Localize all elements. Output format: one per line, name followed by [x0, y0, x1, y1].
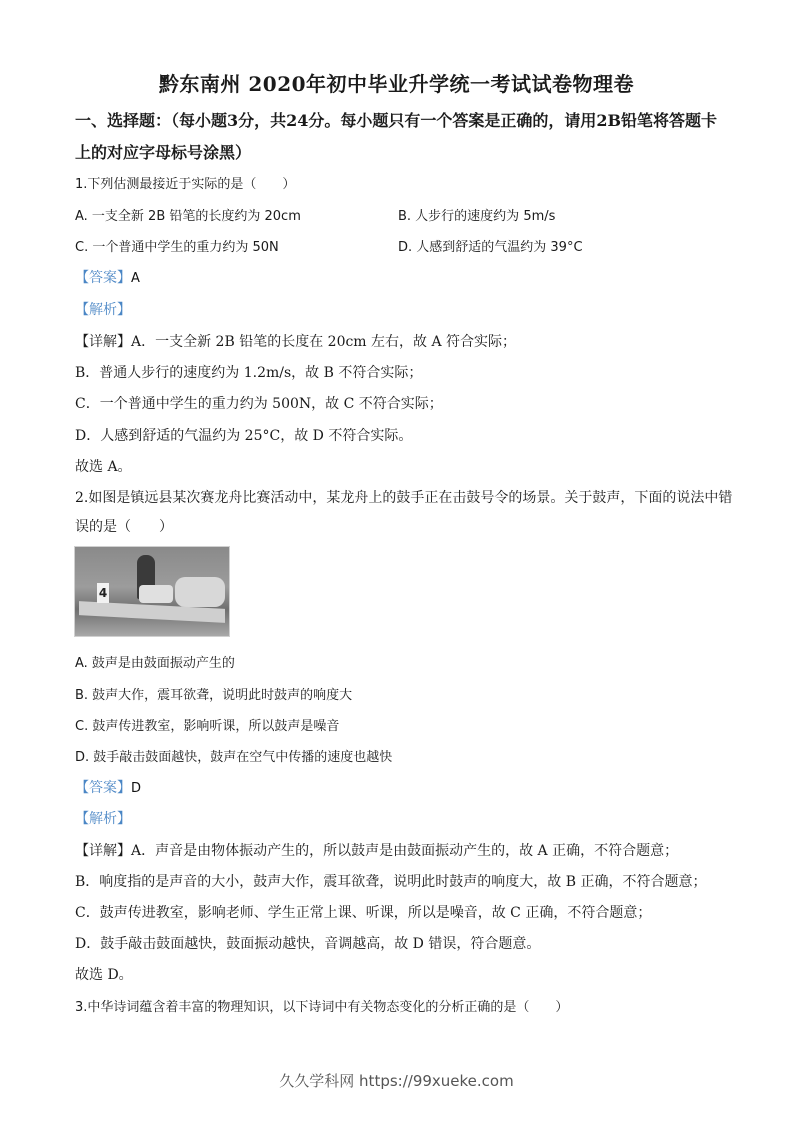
q1-detail-a: 【详解】A．一支全新 2B 铅笔的长度在 20cm 左右，故 A 符合实际； [75, 331, 516, 351]
section-heading-line2: 上的对应字母标号涂黑） [75, 140, 251, 163]
q1-option-b: B. 人步行的速度约为 5m/s [398, 205, 555, 224]
q1-option-a: A. 一支全新 2B 铅笔的长度约为 20cm [75, 205, 301, 224]
section-heading-line1: 一、选择题：（每小题3分，共24分。每小题只有一个答案是正确的，请用2B铅笔将答… [75, 108, 717, 131]
q1-stem: 1.下列估测最接近于实际的是（ ） [75, 173, 295, 192]
boat-number: 4 [97, 583, 109, 603]
q2-answer: 【答案】D [75, 777, 141, 797]
q2-detail-b: B．响度指的是声音的大小，鼓声大作，震耳欲聋，说明此时鼓声的响度大，故 B 正确… [75, 871, 706, 891]
q2-detail-c: C．鼓声传进教室，影响老师、学生正常上课、听课，所以是噪音，故 C 正确，不符合… [75, 902, 651, 922]
q3-stem: 3.中华诗词蕴含着丰富的物理知识，以下诗词中有关物态变化的分析正确的是（ ） [75, 996, 568, 1015]
answer-label: 【答案】 [75, 780, 131, 796]
q2-analysis-label: 【解析】 [75, 808, 131, 828]
answer-value: A [131, 271, 140, 286]
q2-stem-line2: 误的是（ ） [75, 516, 173, 536]
q2-detail-a: 【详解】A．声音是由物体振动产生的，所以鼓声是由鼓面振动产生的，故 A 正确，不… [75, 840, 678, 860]
q2-option-d: D. 鼓手敲击鼓面越快，鼓声在空气中传播的速度也越快 [75, 746, 392, 765]
q2-option-b: B. 鼓声大作，震耳欲聋，说明此时鼓声的响度大 [75, 684, 352, 703]
q2-detail-d: D．鼓手敲击鼓面越快，鼓面振动越快，音调越高，故 D 错误，符合题意。 [75, 933, 540, 953]
q1-option-d: D. 人感到舒适的气温约为 39°C [398, 236, 583, 255]
q2-option-c: C. 鼓声传进教室，影响听课，所以鼓声是噪音 [75, 715, 339, 734]
q1-conclusion: 故选 A。 [75, 456, 132, 476]
q1-detail-d: D．人感到舒适的气温约为 25°C，故 D 不符合实际。 [75, 425, 412, 445]
q1-option-c: C. 一个普通中学生的重力约为 50N [75, 236, 279, 255]
dragon-boat-photo: 4 [74, 546, 230, 637]
q2-stem-line1: 2.如图是镇远县某次赛龙舟比赛活动中，某龙舟上的鼓手正在击鼓号令的场景。关于鼓声… [75, 487, 732, 507]
footer-watermark: 久久学科网 https://99xueke.com [0, 1070, 793, 1091]
drum-shape [139, 585, 173, 603]
exam-page: 黔东南州 2020年初中毕业升学统一考试试卷物理卷 一、选择题：（每小题3分，共… [0, 0, 793, 1122]
q1-detail-b: B．普通人步行的速度约为 1.2m/s，故 B 不符合实际； [75, 362, 422, 382]
page-title: 黔东南州 2020年初中毕业升学统一考试试卷物理卷 [0, 68, 793, 97]
q2-option-a: A. 鼓声是由鼓面振动产生的 [75, 652, 235, 671]
q1-detail-c: C．一个普通中学生的重力约为 500N，故 C 不符合实际； [75, 393, 443, 413]
q1-analysis-label: 【解析】 [75, 299, 131, 319]
q2-conclusion: 故选 D。 [75, 964, 133, 984]
q1-answer: 【答案】A [75, 267, 140, 287]
rowers-shape [175, 577, 225, 607]
answer-value: D [131, 781, 141, 796]
answer-label: 【答案】 [75, 270, 131, 286]
